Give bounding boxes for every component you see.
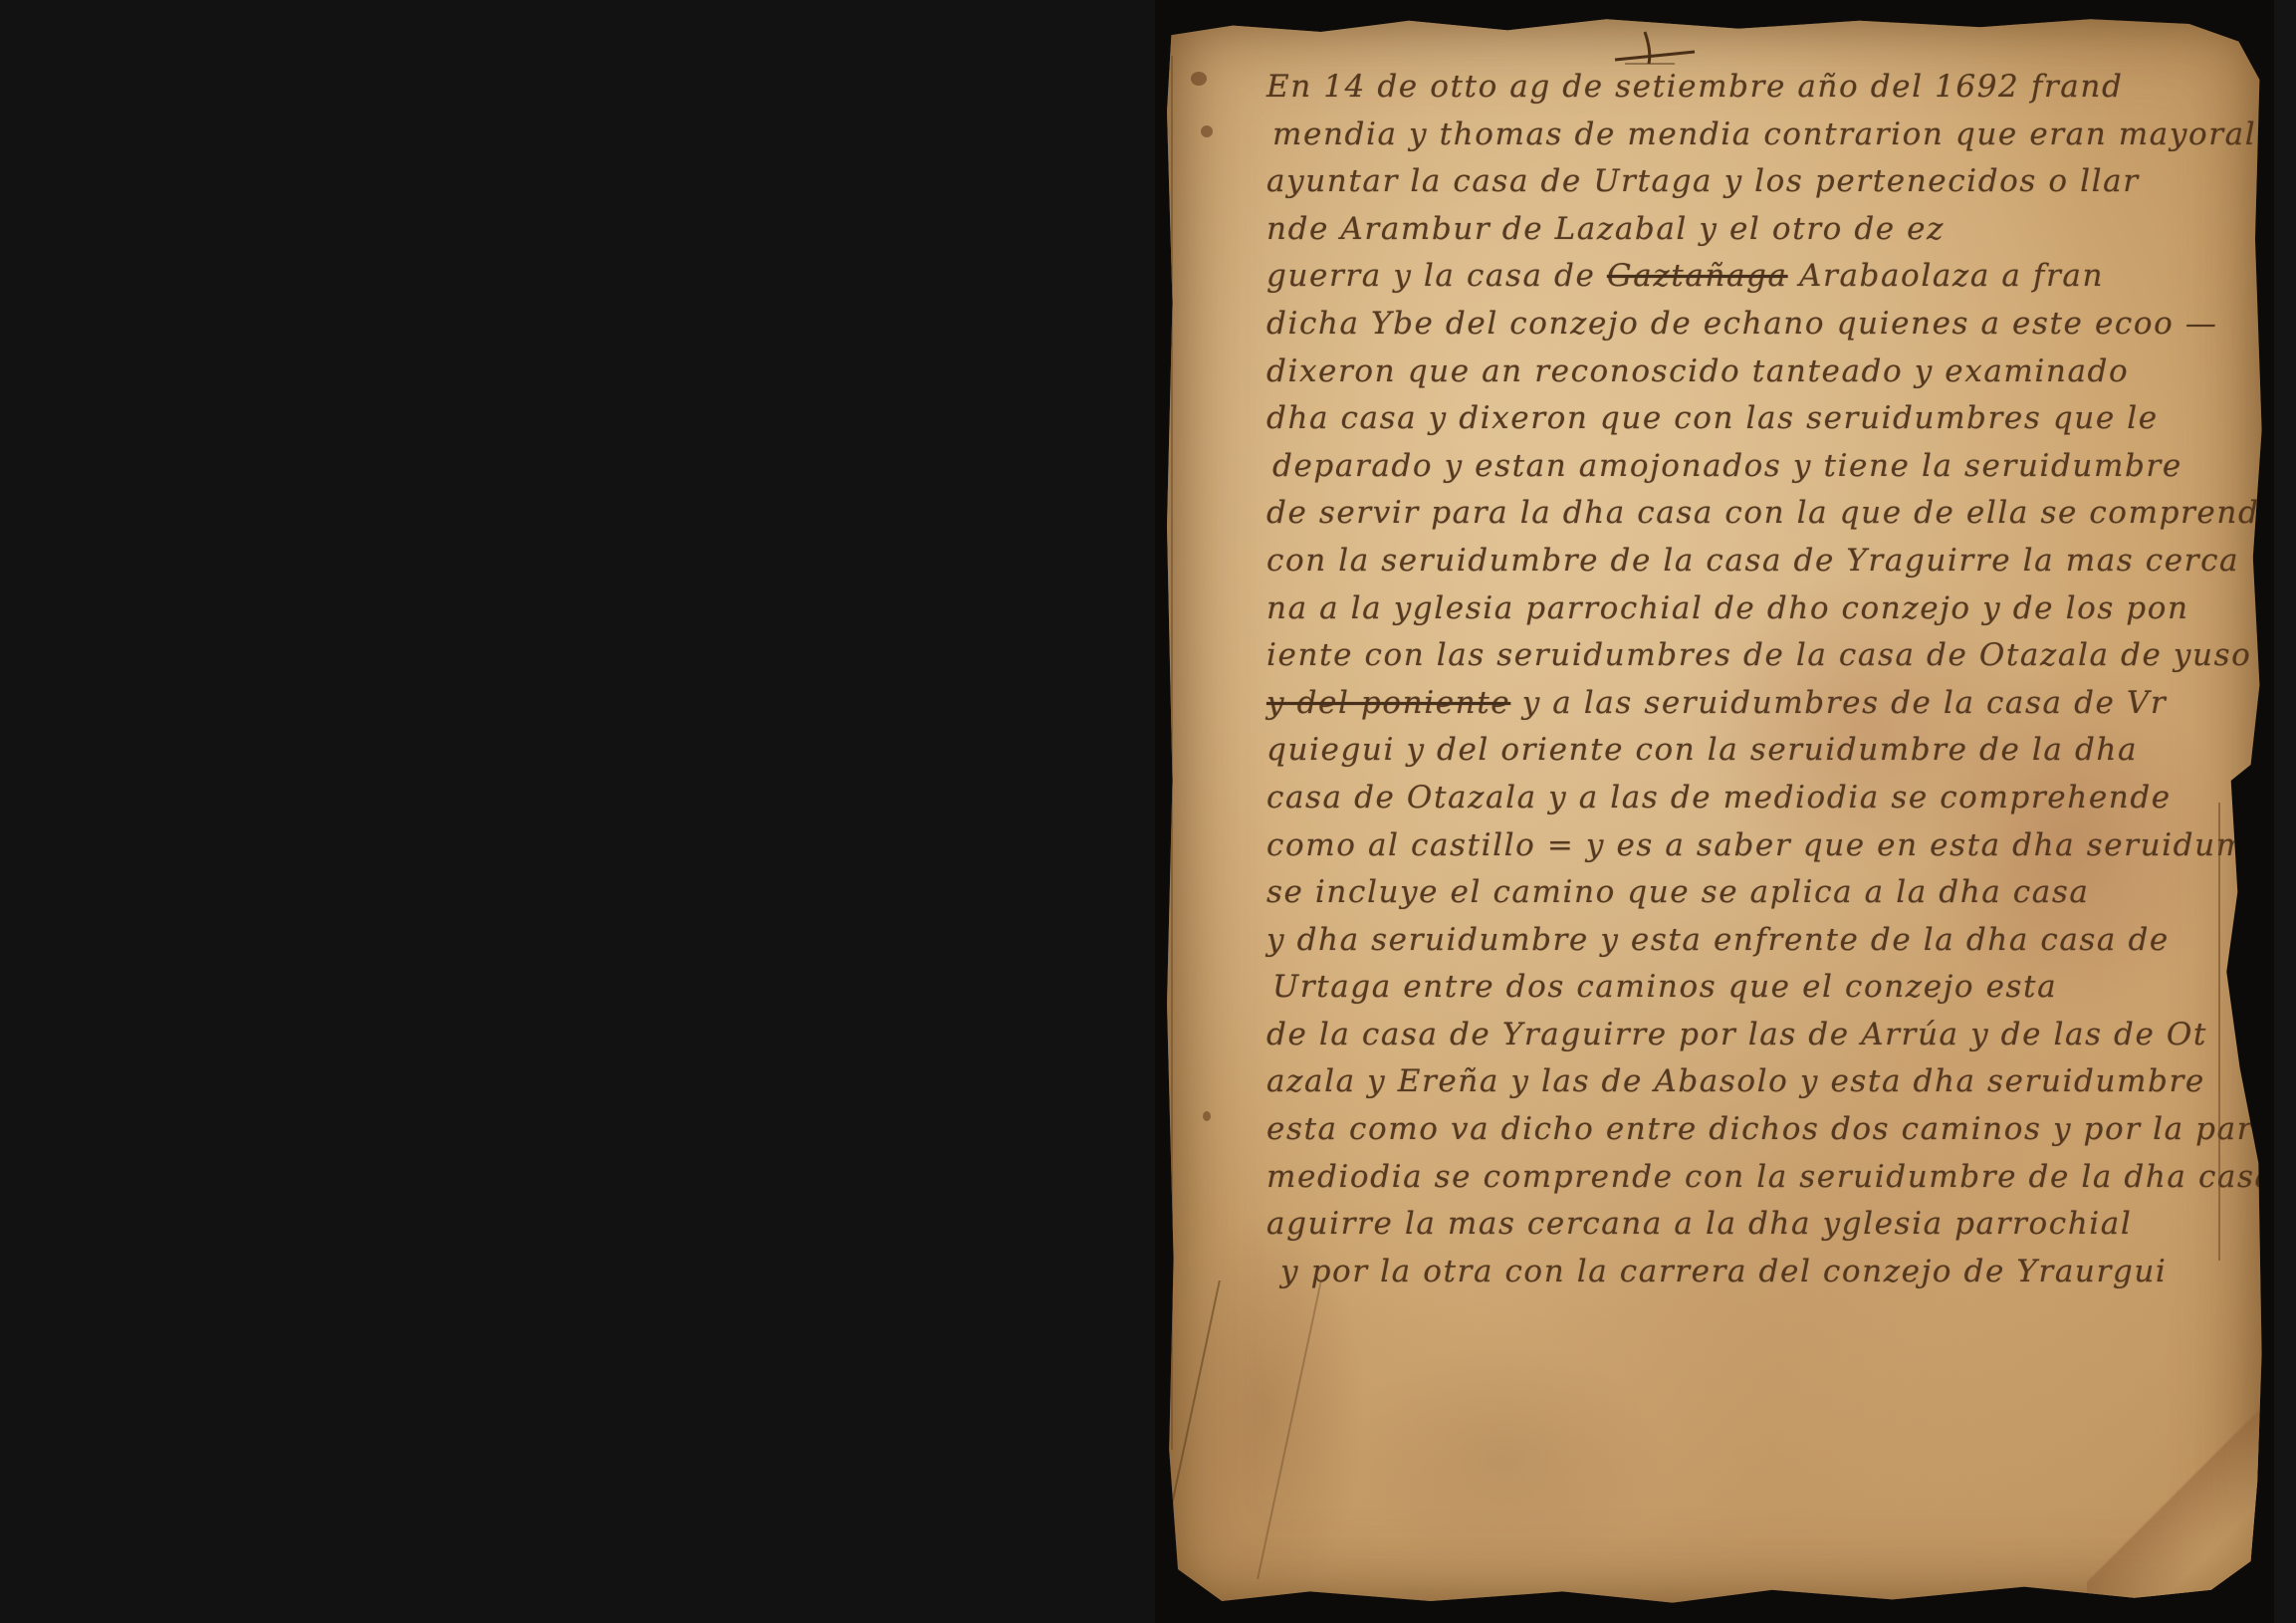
struck-text: Gaztañaga bbox=[1607, 258, 1788, 294]
manuscript-line: quiegui y del oriente con la seruidumbre… bbox=[1266, 727, 2222, 775]
right-edge-strip bbox=[2274, 0, 2296, 1623]
manuscript-line: Urtaga entre dos caminos que el conzejo … bbox=[1266, 964, 2222, 1012]
manuscript-line: dha casa y dixeron que con las seruidumb… bbox=[1266, 395, 2222, 443]
manuscript-line: mendia y thomas de mendia contrarion que… bbox=[1266, 112, 2222, 159]
manuscript-line: En 14 de otto ag de setiembre año del 16… bbox=[1266, 64, 2222, 112]
manuscript-line: y por la otra con la carrera del conzejo… bbox=[1266, 1249, 2222, 1296]
manuscript-line: na a la yglesia parrochial de dho conzej… bbox=[1266, 585, 2222, 633]
manuscript-line: guerra y la casa de Gaztañaga Arabaolaza… bbox=[1266, 253, 2222, 301]
manuscript-line: y dha seruidumbre y esta enfrente de la … bbox=[1266, 917, 2222, 965]
line-text: Arabaolaza a fran bbox=[1788, 258, 2104, 294]
manuscript-line: dixeron que an reconoscido tanteado y ex… bbox=[1266, 348, 2222, 396]
manuscript-line: casa de Otazala y a las de mediodia se c… bbox=[1266, 775, 2222, 822]
line-text: guerra y la casa de bbox=[1266, 258, 1607, 294]
struck-text: y del poniente bbox=[1266, 685, 1510, 721]
manuscript-line: aguirre la mas cercana a la dha yglesia … bbox=[1266, 1201, 2222, 1249]
manuscript-line: de servir para la dha casa con la que de… bbox=[1266, 490, 2222, 538]
margin-ink-blot bbox=[1203, 1111, 1211, 1121]
manuscript-line: azala y Ereña y las de Abasolo y esta dh… bbox=[1266, 1058, 2222, 1106]
margin-ink-blot bbox=[1201, 125, 1213, 137]
folded-lower-left-edge bbox=[1155, 1280, 1322, 1579]
line-text: y a las seruidumbres de la casa de Vr bbox=[1510, 685, 2167, 721]
manuscript-line: como al castillo = y es a saber que en e… bbox=[1266, 822, 2222, 870]
manuscript-line: de la casa de Yraguirre por las de Arrúa… bbox=[1266, 1012, 2222, 1059]
manuscript-line: deparado y estan amojonados y tiene la s… bbox=[1266, 443, 2222, 491]
water-stain bbox=[1346, 1340, 1665, 1579]
manuscript-line: esta como va dicho entre dichos dos cami… bbox=[1266, 1106, 2222, 1154]
scan-viewer: En 14 de otto ag de setiembre año del 16… bbox=[0, 0, 2296, 1623]
manuscript-text: En 14 de otto ag de setiembre año del 16… bbox=[1266, 64, 2222, 1295]
margin-ink-blot bbox=[1191, 72, 1207, 86]
manuscript-line: dicha Ybe del conzejo de echano quienes … bbox=[1266, 301, 2222, 348]
manuscript-line: con la seruidumbre de la casa de Yraguir… bbox=[1266, 538, 2222, 585]
manuscript-line: ayuntar la casa de Urtaga y los pertenec… bbox=[1266, 158, 2222, 206]
manuscript-line: mediodia se comprende con la seruidumbre… bbox=[1266, 1154, 2222, 1202]
manuscript-line: nde Arambur de Lazabal y el otro de ez bbox=[1266, 206, 2222, 254]
manuscript-line: iente con las seruidumbres de la casa de… bbox=[1266, 632, 2222, 680]
manuscript-line: y del poniente y a las seruidumbres de l… bbox=[1266, 680, 2222, 728]
manuscript-page: En 14 de otto ag de setiembre año del 16… bbox=[1167, 16, 2266, 1609]
manuscript-line: se incluye el camino que se aplica a la … bbox=[1266, 869, 2222, 917]
dark-background-panel bbox=[0, 0, 1161, 1623]
